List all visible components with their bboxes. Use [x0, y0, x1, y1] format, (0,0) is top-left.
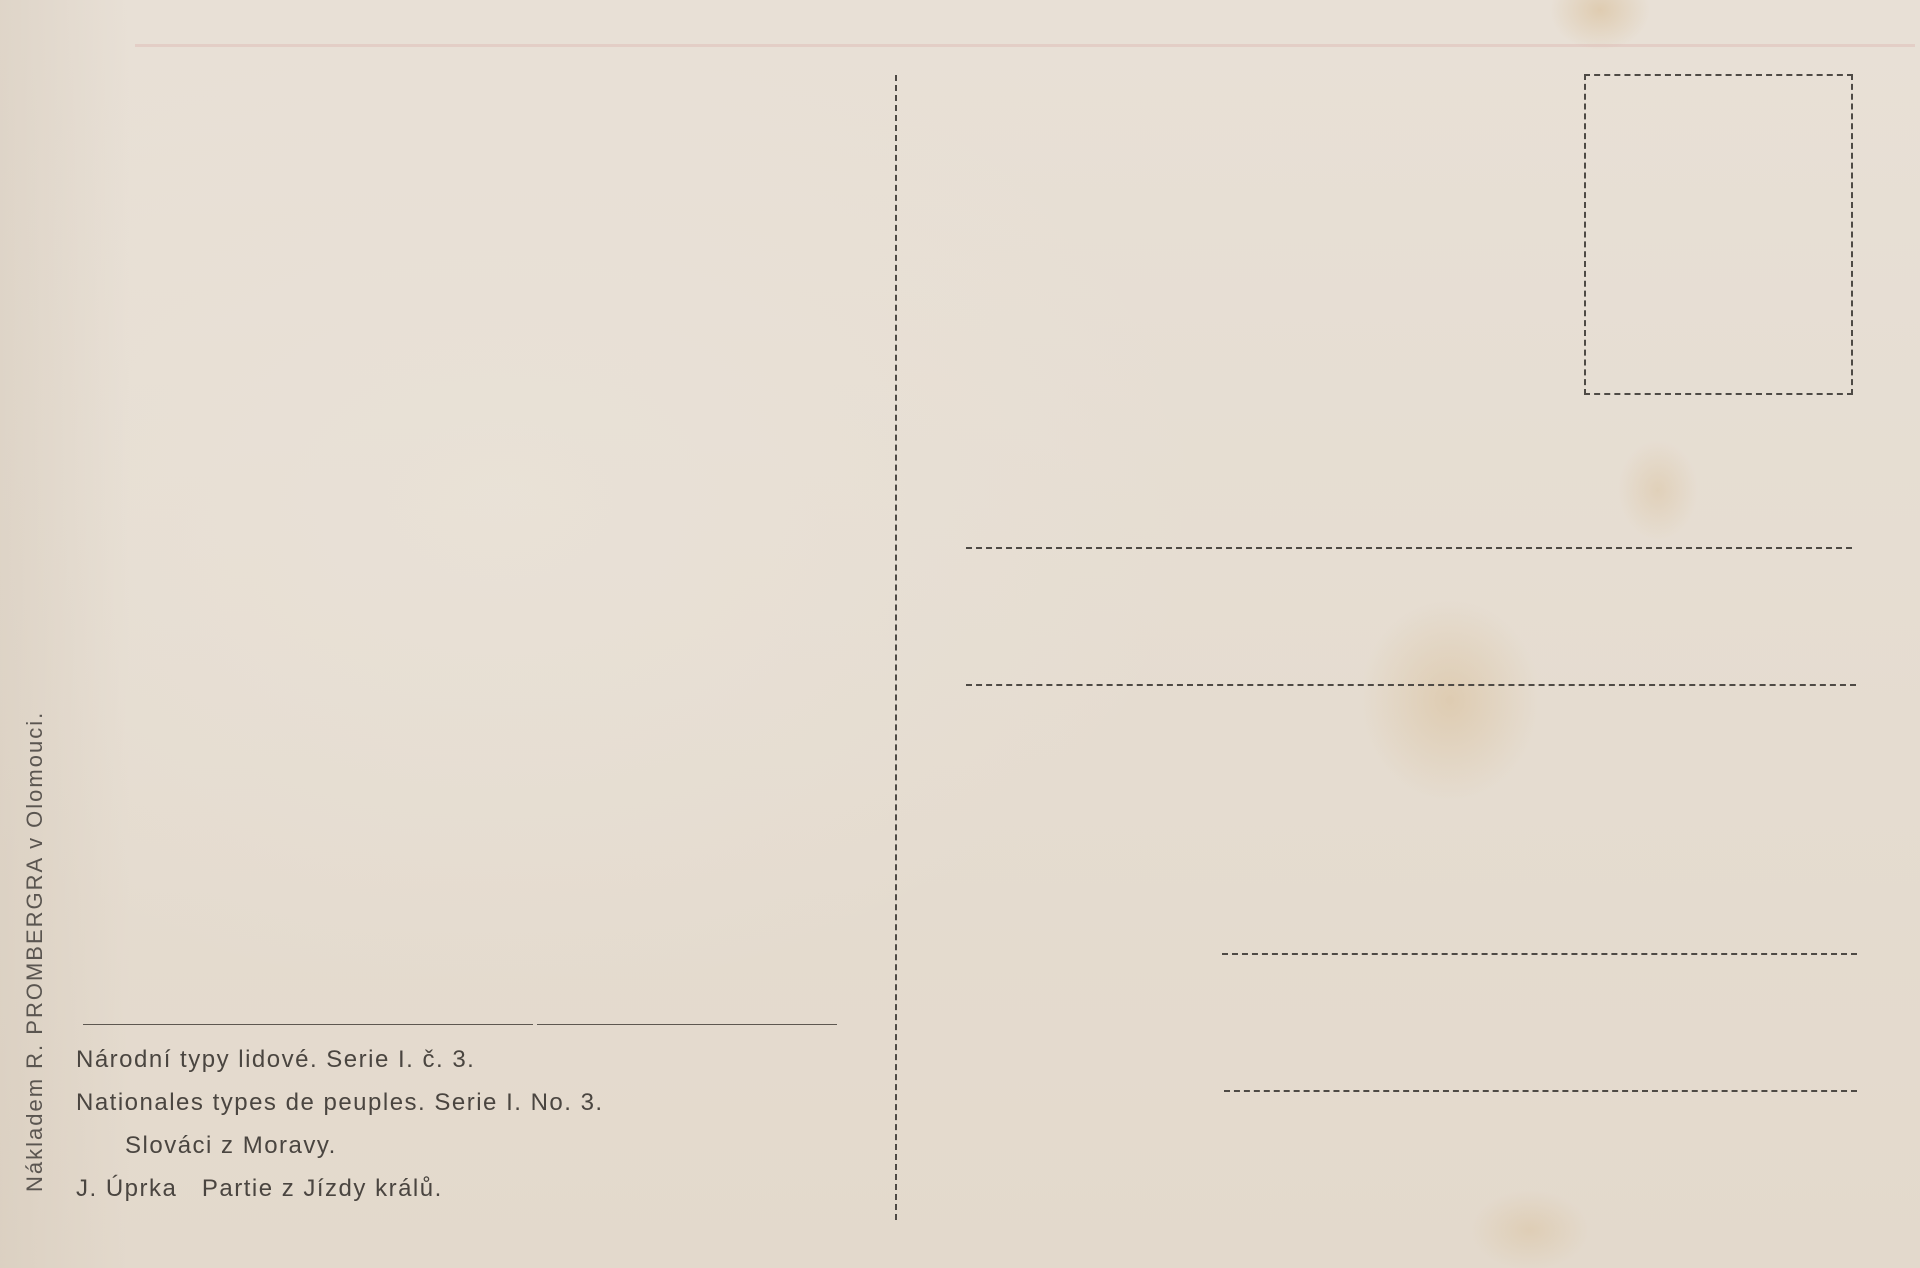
caption-line-french: Nationales types de peuples. Serie I. No…	[76, 1081, 604, 1124]
postcard-back: Nákladem R. PROMBERGRA v Olomouci. Národ…	[0, 0, 1920, 1268]
faded-print-line	[135, 44, 1915, 47]
address-line-4	[1224, 1090, 1857, 1092]
caption-block: Národní typy lidové. Serie I. č. 3. Nati…	[76, 1038, 604, 1210]
address-line-3	[1222, 953, 1857, 955]
caption-rule-right	[537, 1024, 837, 1025]
caption-rule-left	[83, 1024, 533, 1025]
message-address-divider	[895, 75, 897, 1220]
caption-line-artist-title: J. Úprka Partie z Jízdy králů.	[76, 1167, 604, 1210]
address-line-1	[966, 547, 1852, 549]
address-line-2	[966, 684, 1856, 686]
caption-line-czech: Národní typy lidové. Serie I. č. 3.	[76, 1038, 604, 1081]
publisher-imprint: Nákladem R. PROMBERGRA v Olomouci.	[22, 711, 48, 1192]
caption-line-subject: Slováci z Moravy.	[76, 1124, 604, 1167]
stamp-box	[1584, 74, 1853, 395]
